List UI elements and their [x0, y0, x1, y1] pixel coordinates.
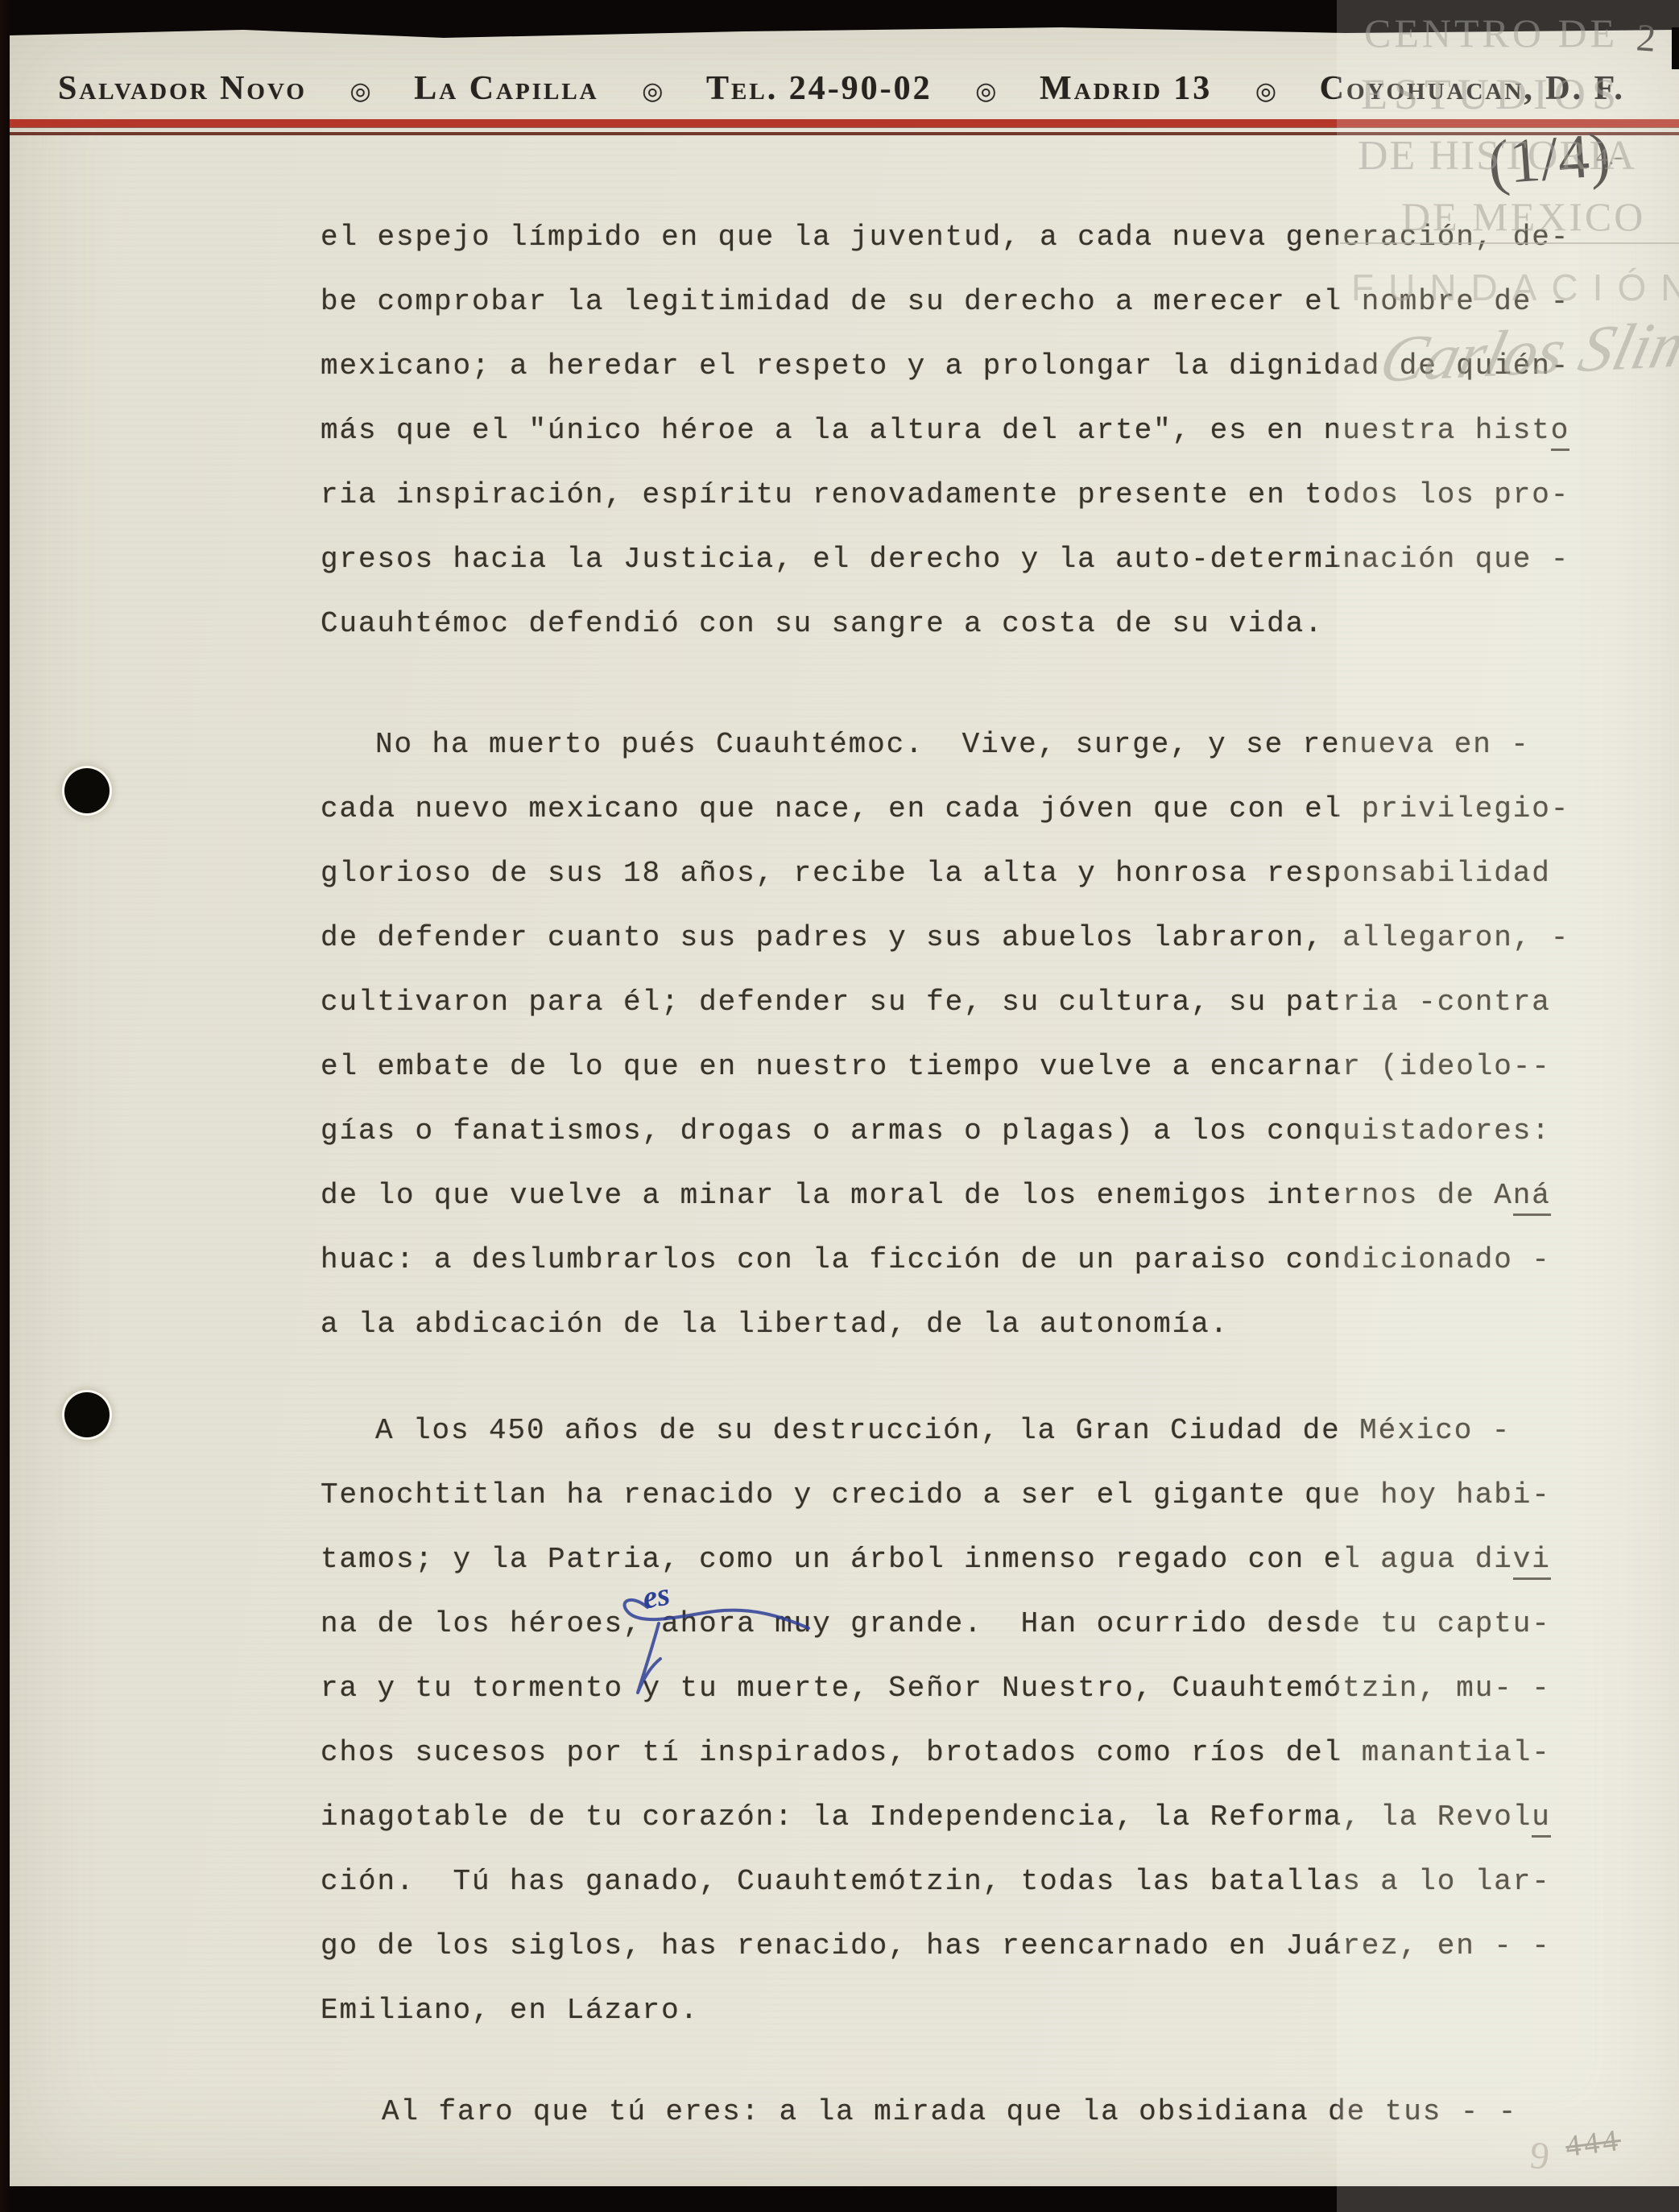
letterhead: Salvador Novo◎La Capilla◎Tel. 24-90-02◎M… — [58, 69, 1625, 116]
typed-line: Emiliano, en Lázaro. — [320, 1978, 1657, 2043]
punch-hole — [64, 1392, 110, 1437]
paragraph: No ha muerto pués Cuauhtémoc. Vive, surg… — [320, 713, 1657, 1357]
typed-line: inagotable de tu corazón: la Independenc… — [320, 1785, 1657, 1850]
letterhead-item: Madrid 13 — [1040, 69, 1212, 108]
typed-line: glorioso de sus 18 años, recibe la alta … — [320, 841, 1657, 906]
typed-line: el embate de lo que en nuestro tiempo vu… — [320, 1035, 1657, 1099]
typed-line: na de los héroes, ahora muy grande. Han … — [320, 1592, 1657, 1656]
typed-line: a la abdicación de la libertad, de la au… — [320, 1292, 1657, 1357]
scan-background: Salvador Novo◎La Capilla◎Tel. 24-90-02◎M… — [0, 0, 1679, 2212]
paragraph: A los 450 años de su destrucción, la Gra… — [320, 1399, 1657, 2043]
letterhead-rule-red — [10, 119, 1679, 127]
typed-line: No ha muerto pués Cuauhtémoc. Vive, surg… — [320, 713, 1657, 777]
bullseye-icon: ◎ — [975, 77, 996, 105]
typed-line: ria inspiración, espíritu renovadamente … — [320, 463, 1657, 527]
letterhead-rule-dark — [10, 132, 1679, 135]
typed-line: gresos hacia la Justicia, el derecho y l… — [320, 527, 1657, 592]
pencil-underline — [1340, 242, 1679, 244]
typed-line: cada nuevo mexicano que nace, en cada jó… — [320, 777, 1657, 841]
letterhead-item: Tel. 24-90-02 — [706, 69, 933, 108]
bullseye-icon: ◎ — [642, 77, 663, 105]
letterhead-item: Coyohuacan, D. F. — [1320, 69, 1625, 108]
letterhead-item: La Capilla — [414, 69, 598, 108]
typed-line: Tenochtitlan ha renacido y crecido a ser… — [320, 1463, 1657, 1528]
bullseye-icon: ◎ — [1255, 77, 1276, 105]
insertion-caret-stroke — [606, 1581, 847, 1702]
typed-line: ción. Tú has ganado, Cuauhtemótzin, toda… — [320, 1850, 1657, 1914]
typed-line: Al faro que tú eres: a la mirada que la … — [320, 2080, 1657, 2144]
typed-line: go de los siglos, has renacido, has reen… — [320, 1914, 1657, 1978]
typed-line: de defender cuanto sus padres y sus abue… — [320, 906, 1657, 970]
sheet-fraction-annotation: (1/4) — [1486, 118, 1613, 199]
typed-line: el espejo límpido en que la juventud, a … — [320, 205, 1657, 270]
typed-line: huac: a deslumbrarlos con la ficción de … — [320, 1228, 1657, 1292]
page-number-annotation: 2 — [1635, 15, 1657, 61]
typed-line: ra y tu tormento y tu muerte, Señor Nues… — [320, 1656, 1657, 1721]
punch-hole — [64, 768, 110, 813]
letterhead-item: Salvador Novo — [58, 69, 307, 108]
bottom-crossed-number: 444 — [1564, 2123, 1623, 2164]
typed-line: be comprobar la legitimidad de su derech… — [320, 270, 1657, 334]
typed-line: cultivaron para él; defender su fe, su c… — [320, 970, 1657, 1035]
paragraph: el espejo límpido en que la juventud, a … — [320, 205, 1657, 656]
typed-line: tamos; y la Patria, como un árbol inmens… — [320, 1528, 1657, 1592]
typed-line: mexicano; a heredar el respeto y a prolo… — [320, 334, 1657, 399]
bullseye-icon: ◎ — [349, 77, 370, 105]
typed-line: más que el "único héroe a la altura del … — [320, 399, 1657, 463]
paragraph: Al faro que tú eres: a la mirada que la … — [320, 2080, 1657, 2144]
pencil-note: 4.- — [1596, 143, 1623, 171]
typed-line: chos sucesos por tí inspirados, brotados… — [320, 1721, 1657, 1785]
typed-line: de lo que vuelve a minar la moral de los… — [320, 1164, 1657, 1228]
scan-corner-shadow — [1672, 27, 1679, 69]
typed-line: Cuauhtémoc defendió con su sangre a cost… — [320, 592, 1657, 656]
typed-line: A los 450 años de su destrucción, la Gra… — [320, 1399, 1657, 1463]
typed-body: el espejo límpido en que la juventud, a … — [320, 205, 1657, 2144]
typed-line: gías o fanatismos, drogas o armas o plag… — [320, 1099, 1657, 1164]
